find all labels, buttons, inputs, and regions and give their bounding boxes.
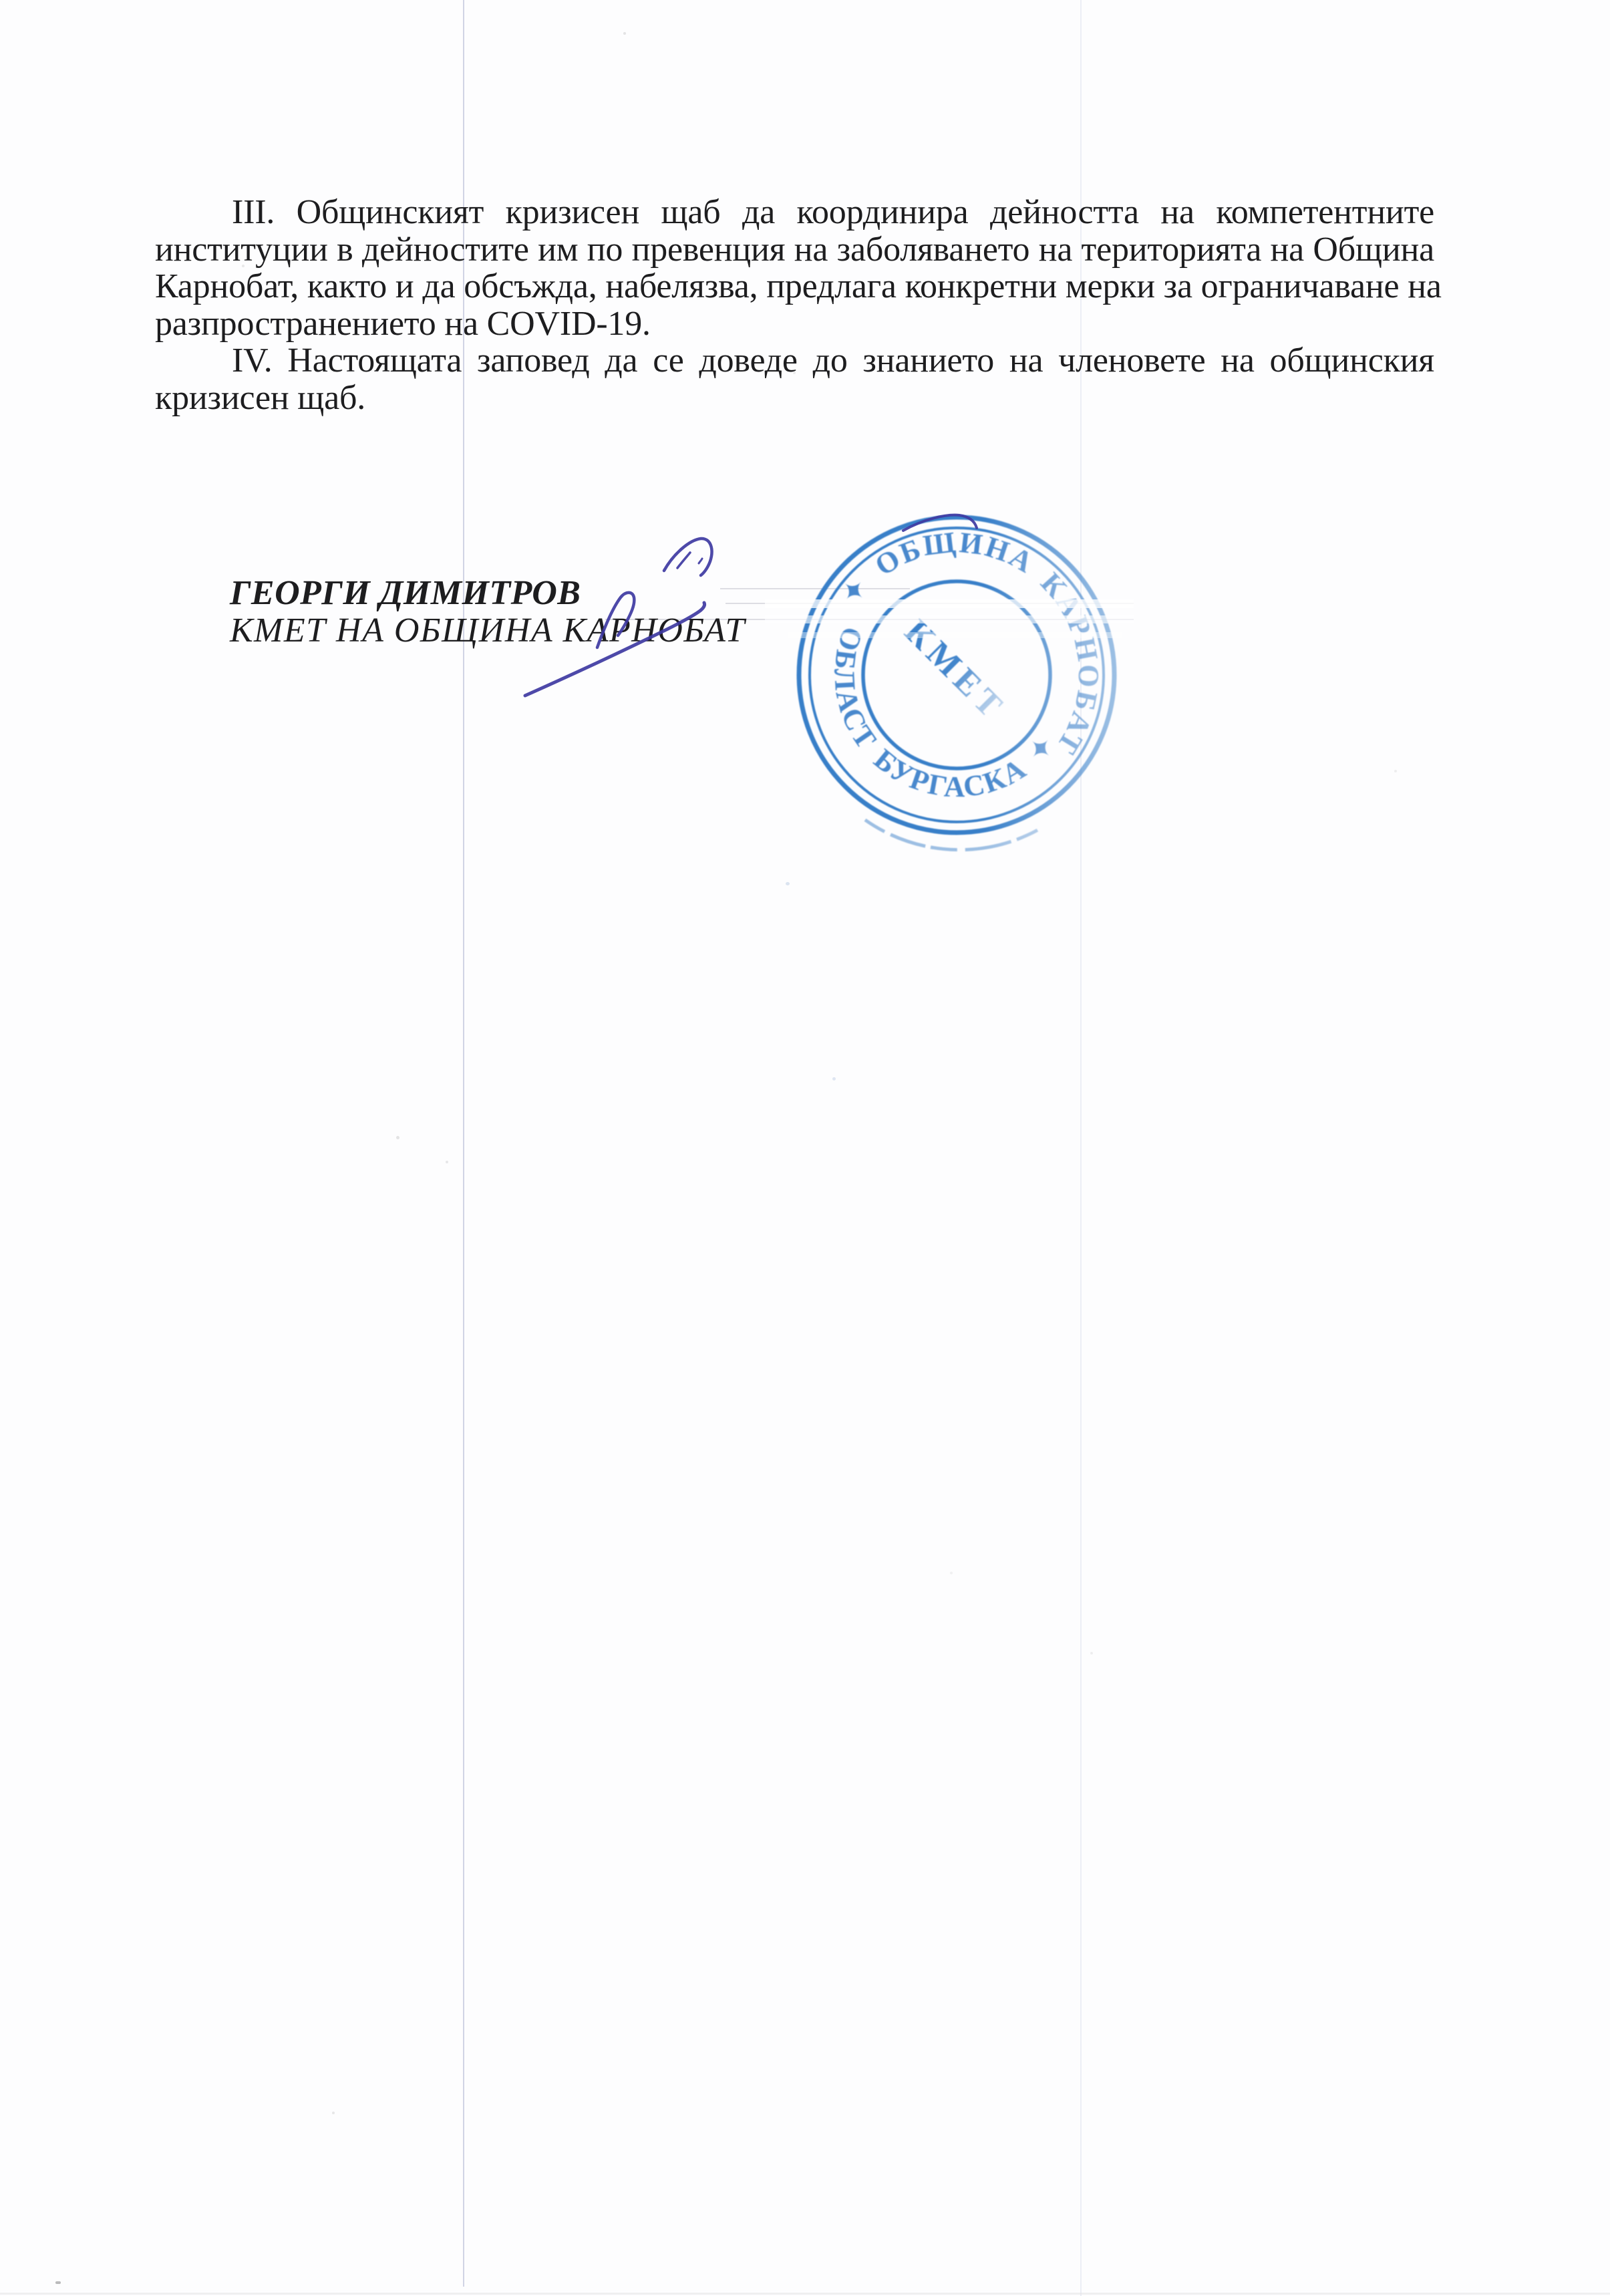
- paragraph-iv-line: IV. Настоящата заповед да се доведе до з…: [155, 342, 1434, 380]
- scan-speck: [1090, 1652, 1093, 1655]
- page-bottom-edge-shadow: [0, 2293, 1610, 2295]
- signature-small-dash: [699, 559, 702, 563]
- scan-speck: [396, 1136, 399, 1139]
- official-round-stamp: ✦ ОБЩИНА КАРНОБАТ ОБЛАСТ БУРГАСКА ✦ КМЕТ: [799, 517, 1114, 850]
- scanner-streak-over-stamp: [788, 632, 1122, 638]
- scan-speck: [55, 2281, 61, 2284]
- stamp-ring-text-bottom: ОБЛАСТ БУРГАСКА ✦: [828, 623, 1063, 804]
- scan-speck: [446, 1161, 448, 1163]
- stamp-ring-text-top: ✦ ОБЩИНА КАРНОБАТ: [834, 525, 1105, 761]
- scanned-document-page: III. Общинският кризисен щаб да координи…: [0, 0, 1610, 2296]
- scanner-streak-over-stamp: [765, 599, 1134, 608]
- signature-inner-tick: [677, 553, 690, 568]
- signer-title: КМЕТ НА ОБЩИНА КАРНОБАТ: [230, 612, 746, 650]
- paragraph-iii-line: Карнобат, както и да обсъжда, набелязва,…: [155, 268, 1434, 305]
- stamp-inner-ring: [863, 581, 1050, 768]
- signature-loop-stroke: [664, 539, 711, 575]
- signature-arc-over-stamp: [903, 515, 977, 531]
- svg-text:ОБЛАСТ БУРГАСКА ✦: ОБЛАСТ БУРГАСКА ✦: [828, 623, 1063, 804]
- scan-speck: [623, 32, 626, 35]
- stamp-ghost-arc: [865, 820, 1041, 850]
- paragraph-iv-line: кризисен щаб.: [155, 380, 1434, 417]
- stamp-second-ring: [810, 528, 1104, 822]
- scan-speck: [1394, 770, 1397, 772]
- scan-speck: [332, 2112, 335, 2114]
- scanner-streak-over-stamp: [765, 615, 1134, 623]
- scanner-streak: [720, 588, 910, 589]
- stamp-ink-fleck: [786, 882, 790, 885]
- stamp-center-text: КМЕТ: [897, 613, 1013, 728]
- paragraph-iii-line: III. Общинският кризисен щаб да координи…: [155, 194, 1434, 231]
- document-body: III. Общинският кризисен щаб да координи…: [155, 194, 1434, 416]
- stamp-ink-fleck: [832, 1077, 836, 1081]
- signer-name: ГЕОРГИ ДИМИТРОВ: [230, 575, 746, 612]
- scanner-streak: [726, 603, 1134, 604]
- paragraph-iii-line: институции в дейностите им по превенция …: [155, 231, 1434, 269]
- paragraph-iii-line: разпространението на COVID-19.: [155, 305, 1434, 343]
- signature-block: ГЕОРГИ ДИМИТРОВ КМЕТ НА ОБЩИНА КАРНОБАТ: [230, 575, 746, 649]
- scan-speck: [950, 1572, 953, 1574]
- svg-text:✦ ОБЩИНА КАРНОБАТ: ✦ ОБЩИНА КАРНОБАТ: [834, 525, 1105, 761]
- stamp-outer-ring: [799, 517, 1114, 833]
